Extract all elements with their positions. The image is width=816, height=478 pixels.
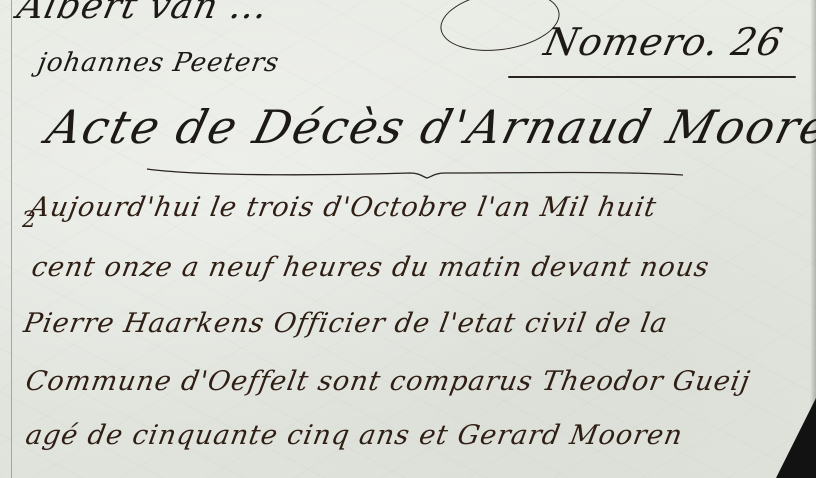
record-number-label: Nomero [540, 20, 710, 64]
body-line-1: Aujourd'hui le trois d'Octobre l'an Mil … [27, 192, 659, 223]
body-line-4: Commune d'Oeffelt sont comparus Theodor … [23, 366, 752, 397]
record-title: Acte de Décès d'Arnaud Mooren [41, 100, 816, 154]
top-partial-name: Albert van ... [14, 0, 272, 27]
title-underline-flourish [145, 165, 685, 179]
document-page: Albert van ... johannes Peeters Nomero. … [0, 0, 816, 478]
number-underline [508, 76, 796, 78]
record-number-value: 26 [728, 20, 788, 64]
record-number: Nomero. 26 [540, 20, 787, 64]
body-line-3: Pierre Haarkens Officier de l'etat civil… [21, 308, 670, 339]
body-line-5: agé de cinquante cinq ans et Gerard Moor… [23, 420, 685, 451]
witness-name-top: johannes Peeters [35, 48, 281, 78]
torn-corner-shadow [776, 398, 816, 478]
margin-rule [11, 0, 12, 478]
body-line-2: cent onze a neuf heures du matin devant … [29, 252, 712, 283]
